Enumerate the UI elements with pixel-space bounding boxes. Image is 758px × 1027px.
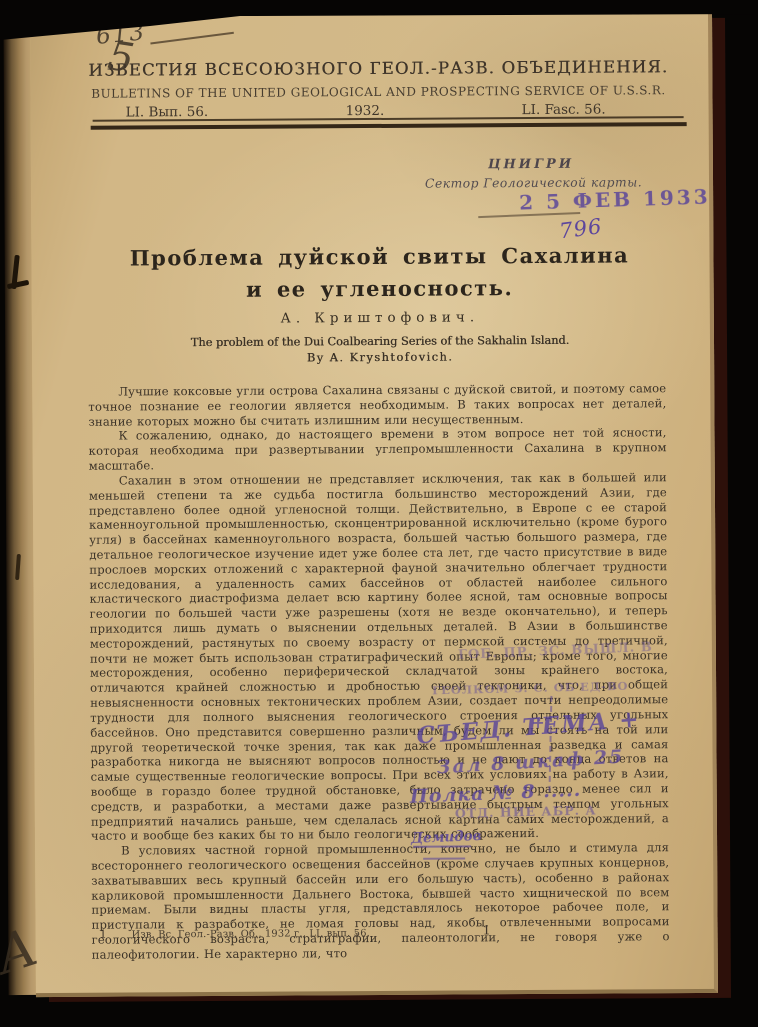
article-title-line1: Проблема дуйской свиты Сахалина xyxy=(81,242,677,271)
article-body: Лучшие коксовые угли острова Сахалина св… xyxy=(88,381,670,962)
date-stamp: 2 5 ФЕВ 1933 xyxy=(519,184,711,214)
article-byline-english: By A. Kryshtofovich. xyxy=(82,349,678,366)
stamp-plus-mark: + xyxy=(531,713,545,732)
paragraph-4: В условиях частной горной промышленности… xyxy=(91,840,670,962)
handwritten-number-796: 796 xyxy=(558,214,604,243)
article-author: А. Криштофович. xyxy=(82,308,678,328)
purple-underline xyxy=(423,857,465,859)
issue-year: 1932. xyxy=(346,103,385,119)
issue-number-russian: LI. Вып. 56. xyxy=(126,104,209,121)
footer-citation: Изв. Вс. Геол.-Разв. Об., 1932 г., LI, в… xyxy=(132,928,370,940)
book-photo: 613 5 ИЗВЕСТИЯ ВСЕСОЮЗНОГО ГЕОЛ.-РАЗВ. О… xyxy=(0,0,758,1027)
article-title-english: The problem of the Dui Coalbearing Serie… xyxy=(82,333,678,350)
handwritten-name-stamp: Демидов xyxy=(411,828,482,847)
handwritten-stroke xyxy=(150,32,234,45)
header-rule-thick xyxy=(91,122,687,130)
journal-title-english: BULLETINS OF THE UNITED GEOLOGICAL AND P… xyxy=(80,83,676,101)
article-title-line2: и ее угленосность. xyxy=(82,274,678,303)
journal-title-russian: ИЗВЕСТИЯ ВСЕСОЮЗНОГО ГЕОЛ.-РАЗВ. ОБЪЕДИН… xyxy=(80,57,676,80)
cnigri-stamp-name: ЦНИГРИ xyxy=(488,157,574,173)
scanned-page: 613 5 ИЗВЕСТИЯ ВСЕСОЮЗНОГО ГЕОЛ.-РАЗВ. О… xyxy=(30,13,718,997)
page-number: 1 xyxy=(483,922,491,937)
paragraph-2: К сожалению, однако, до настоящего време… xyxy=(89,426,667,474)
issue-number-latin: LI. Fasc. 56. xyxy=(522,102,606,119)
footer-signature-number: 1 xyxy=(100,928,107,941)
paragraph-1: Лучшие коксовые угли острова Сахалина св… xyxy=(88,381,666,429)
